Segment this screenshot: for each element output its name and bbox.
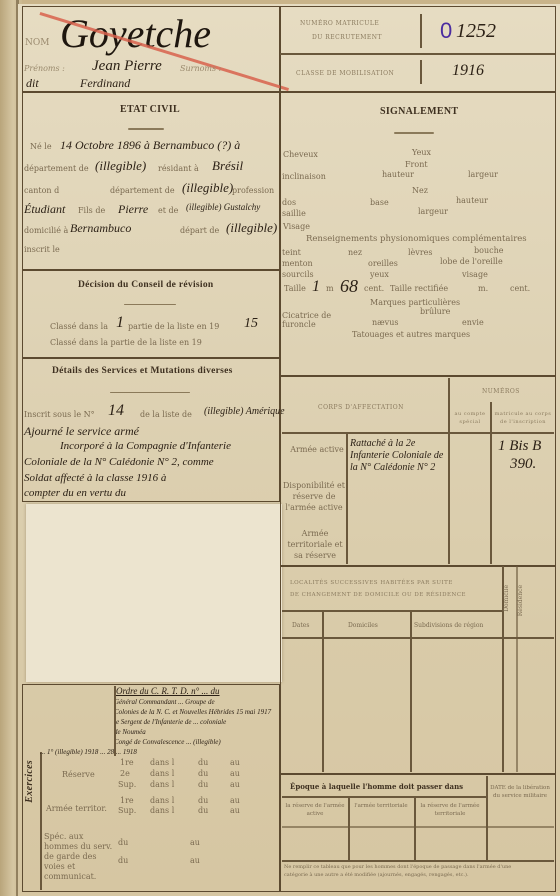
classe-value: 1916 [452,62,484,80]
speciaux-label: Spéc. aux hommes du serv. de garde des v… [44,832,114,882]
cicatrice-label: Cicatrice de [282,311,331,320]
taille-unit-m: m [326,284,334,293]
classe-line1-rest: partie de la liste en 19 [128,322,219,331]
domicilie-value: Bernambuco [70,221,131,236]
taille-cm-value: 68 [340,276,358,297]
divider [282,860,554,862]
teint-label: teint [282,248,301,257]
divider [282,826,554,828]
armee-active-value: Rattaché à la 2e Infanterie Coloniale de… [350,438,446,474]
epoque-footnote-2: catégorie à une autre a été modifiée (aj… [284,872,469,878]
taille-unit-cm: cent. [364,284,384,293]
disponibilite-label: Disponibilité et réserve de l'armée acti… [283,480,345,513]
service-line-1: Ajourné le service armé [24,424,139,439]
reserve-sup-au: au [230,780,240,789]
reserve-1-au: au [230,758,240,767]
taille-rectifiee-m: m. [478,284,488,293]
service-line-5: compter du en vertu du [24,487,126,499]
front-label: Front [405,160,428,169]
sourcils-label: sourcils [282,270,314,279]
residant-value: Brésil [212,158,243,174]
et-de-label: et de [158,206,178,215]
taille-m-value: 1 [312,278,320,296]
divider [420,60,422,84]
menton-label: menton [282,259,313,268]
ornament [110,392,190,393]
residant-label: résidant à [158,164,199,173]
terr-1-du: du [198,796,208,805]
residence-side-label: Résidence [517,585,524,616]
date-liberation-header: DATE de la libération du service militai… [488,784,552,800]
divider [346,432,348,564]
nez2-label: nez [348,248,362,257]
inclinaison-label: inclinaison [282,172,326,181]
inscrit-sous-value: 14 [108,402,124,420]
classe-line1-value: 1 [116,314,124,332]
terr-1-dans: dans l [150,796,174,805]
service-line-3: Coloniale de la N° Calédonie N° 2, comme [24,456,214,468]
epoque-col-3: la réserve de l'armée territoriale [416,802,484,818]
brulure-label: brûlure [420,307,450,316]
col-subdivisions: Subdivisions de région [414,622,483,629]
inscrit-sous-label: Inscrit sous le N° [24,410,95,419]
prenoms-value: Jean Pierre [92,58,162,75]
numero-header: NUMÉROS [482,388,520,395]
divider [280,53,555,55]
matricule-label-2: DU RECRUTEMENT [312,34,382,41]
services-title: Détails des Services et Mutations divers… [52,366,233,376]
territoriale-ex-label: Armée territor. [46,804,107,813]
taille-rectifiee-cm: cent. [510,284,530,293]
ordre-hand-1: Ordre du C. R. T. D. n° ... du [116,686,220,696]
profession-label: profession [232,186,274,195]
bouche-label: bouche [474,246,503,255]
dit-label: dit [26,76,39,91]
levres-label: lèvres [408,248,432,257]
ne-le-value: 14 Octobre 1896 à Bernambuco (?) à [60,138,240,153]
signalement-title: SIGNALEMENT [380,106,458,117]
ordre-hand-5: de Nouméa [114,728,146,736]
mere-value: (illegible) Gustalchy [186,202,260,212]
matricule-box [280,6,556,92]
etat-civil-title: ETAT CIVIL [120,104,180,115]
paper-patch [26,504,282,682]
numero-sub1: au compte spécial [452,410,488,426]
terr-sup-du: du [198,806,208,815]
reserve-label: Réserve [62,770,95,779]
inscrit-rest: de la liste de [140,410,192,419]
ordre-hand-4: le Sergent de l'Infanterie de ... coloni… [114,718,226,726]
pere-value: Pierre [118,202,148,217]
matricule-corps-value-1: 1 Bis B [498,438,541,455]
spec-1-du: du [118,838,128,847]
ornament [124,304,176,305]
exercices-side-label: Exercices [24,760,35,803]
classe-line1-year: 15 [244,316,258,332]
yeux2-label: yeux [370,270,389,279]
reserve-sup-du: du [198,780,208,789]
depart-label: départ de [180,226,219,235]
matricule-corps-value-2: 390. [510,456,536,473]
taille-rectifiee-label: Taille rectifiée [390,284,448,293]
visage-label: Visage [283,222,310,231]
nom-value: Goyetche [60,10,211,57]
matricule-stamp: 0 [440,18,452,44]
departement2-value: (illegible) [182,180,233,196]
terr-sup-rank: Sup. [118,806,136,815]
depart-value: (illegible) [226,220,277,236]
dit-value: Ferdinand [80,76,130,91]
largeur-label: largeur [468,170,498,179]
saillie-label: saillie [282,209,306,218]
oreilles-label: oreilles [368,259,398,268]
ornament [128,128,164,130]
matricule-value: 1252 [456,20,496,43]
col-dates: Dates [292,622,309,629]
classe-line2: Classé dans la partie de la liste en 19 [50,338,202,347]
profession-value: Étudiant [24,202,65,217]
service-line-2: Incorporé à la Compagnie d'Infanterie [60,440,231,452]
cheveux-label: Cheveux [283,150,318,159]
localites-title-1: LOCALITÉS SUCCESSIVES HABITÉES PAR SUITE [290,580,453,586]
ne-le-label: Né le [30,142,52,151]
territoriale-label: Armée territoriale et sa réserve [286,528,344,561]
epoque-title: Époque à laquelle l'homme doit passer da… [290,782,463,791]
divider [40,752,42,890]
spec-2-au: au [190,856,200,865]
reserve-2-au: au [230,769,240,778]
divider [448,378,450,564]
reserve-1-rank: 1re [120,758,134,767]
largeur2-label: largeur [418,207,448,216]
reserve-1-dans: dans l [150,758,174,767]
terr-sup-dans: dans l [150,806,174,815]
envie-label: envie [462,318,484,327]
nez-label: Nez [412,186,428,195]
divider [114,686,116,756]
epoque-footnote-1: Ne remplir ce tableau que pour les homme… [284,864,511,870]
prenoms-label: Prénoms : [24,64,65,73]
inscrit-hand: (illegible) Amérique [204,406,285,417]
reserve-sup-rank: Sup. [118,780,136,789]
yeux-label: Yeux [412,148,431,157]
divider [282,610,502,612]
ordre-hand-7: ... 1° (illegible) 1918 ... 28 ... 1918 [40,748,137,756]
spec-2-du: du [118,856,128,865]
hauteur-label: hauteur [382,170,414,179]
col-domiciles: Domiciles [348,622,378,629]
epoque-col-2: l'armée territoriale [350,802,412,810]
decision-title: Décision du Conseil de révision [78,280,213,290]
epoque-col-1: la réserve de l'armée active [284,802,346,818]
departement-label: département de [24,164,89,173]
divider [322,612,324,772]
ornament [394,132,434,134]
terr-1-au: au [230,796,240,805]
etat-civil-box [22,92,280,270]
spec-1-au: au [190,838,200,847]
fils-de-label: Fils de [78,206,105,215]
classe-line1-label: Classé dans la [50,322,108,331]
nom-label: NOM [25,38,49,48]
localites-title-2: DE CHANGEMENT DE DOMICILE OU DE RÉSIDENC… [290,592,466,598]
terr-1-rank: 1re [120,796,134,805]
domicilie-label: domicilié à [24,226,68,235]
divider [410,612,412,772]
base-label: base [370,198,389,207]
classe-label: CLASSE DE MOBILISATION [296,70,394,77]
domicile-side-label: Domicile [503,585,510,612]
reserve-2-dans: dans l [150,769,174,778]
divider [282,432,554,434]
hauteur2-label: hauteur [456,196,488,205]
numero-sub2: matricule au corps de l'inscription [494,410,552,426]
reserve-2-du: du [198,769,208,778]
reserve-1-du: du [198,758,208,767]
lobe-label: lobe de l'oreille [440,257,503,266]
furoncle-label: furoncle [282,320,316,329]
terr-sup-au: au [230,806,240,815]
surnoms-label: Surnoms : [180,64,221,73]
visage2-label: visage [462,270,488,279]
naevus-label: nævus [372,318,398,327]
dos-label: dos [282,198,296,207]
departement2-label: département de [110,186,175,195]
reserve-2-rank: 2e [120,769,130,778]
ordre-hand-6: Congé de Convalescence ... (illegible) [114,738,221,746]
divider [490,402,492,564]
corps-header: CORPS D'AFFECTATION [318,404,404,411]
divider [282,796,486,798]
matricule-label-1: NUMÉRO MATRICULE [300,20,379,27]
divider [420,14,422,48]
marques-title: Marques particulières [370,298,460,307]
complementaires-title: Renseignements physionomiques complément… [306,234,527,244]
reserve-sup-dans: dans l [150,780,174,789]
armee-active-label: Armée active [290,444,344,455]
ordre-hand-3: Colonies de la N. C. et Nouvelles Hébrid… [114,708,271,716]
departement-value: (illegible) [95,158,146,174]
ordre-hand-2: Général Commandant ... Groupe de [114,698,215,706]
taille-label: Taille [284,284,306,293]
canton-label: canton d [24,186,59,195]
inscrit-label: inscrit le [24,245,60,254]
tatouages-label: Tatouages et autres marques [352,330,470,339]
service-line-4: Soldat affecté à la classe 1916 à [24,472,166,484]
